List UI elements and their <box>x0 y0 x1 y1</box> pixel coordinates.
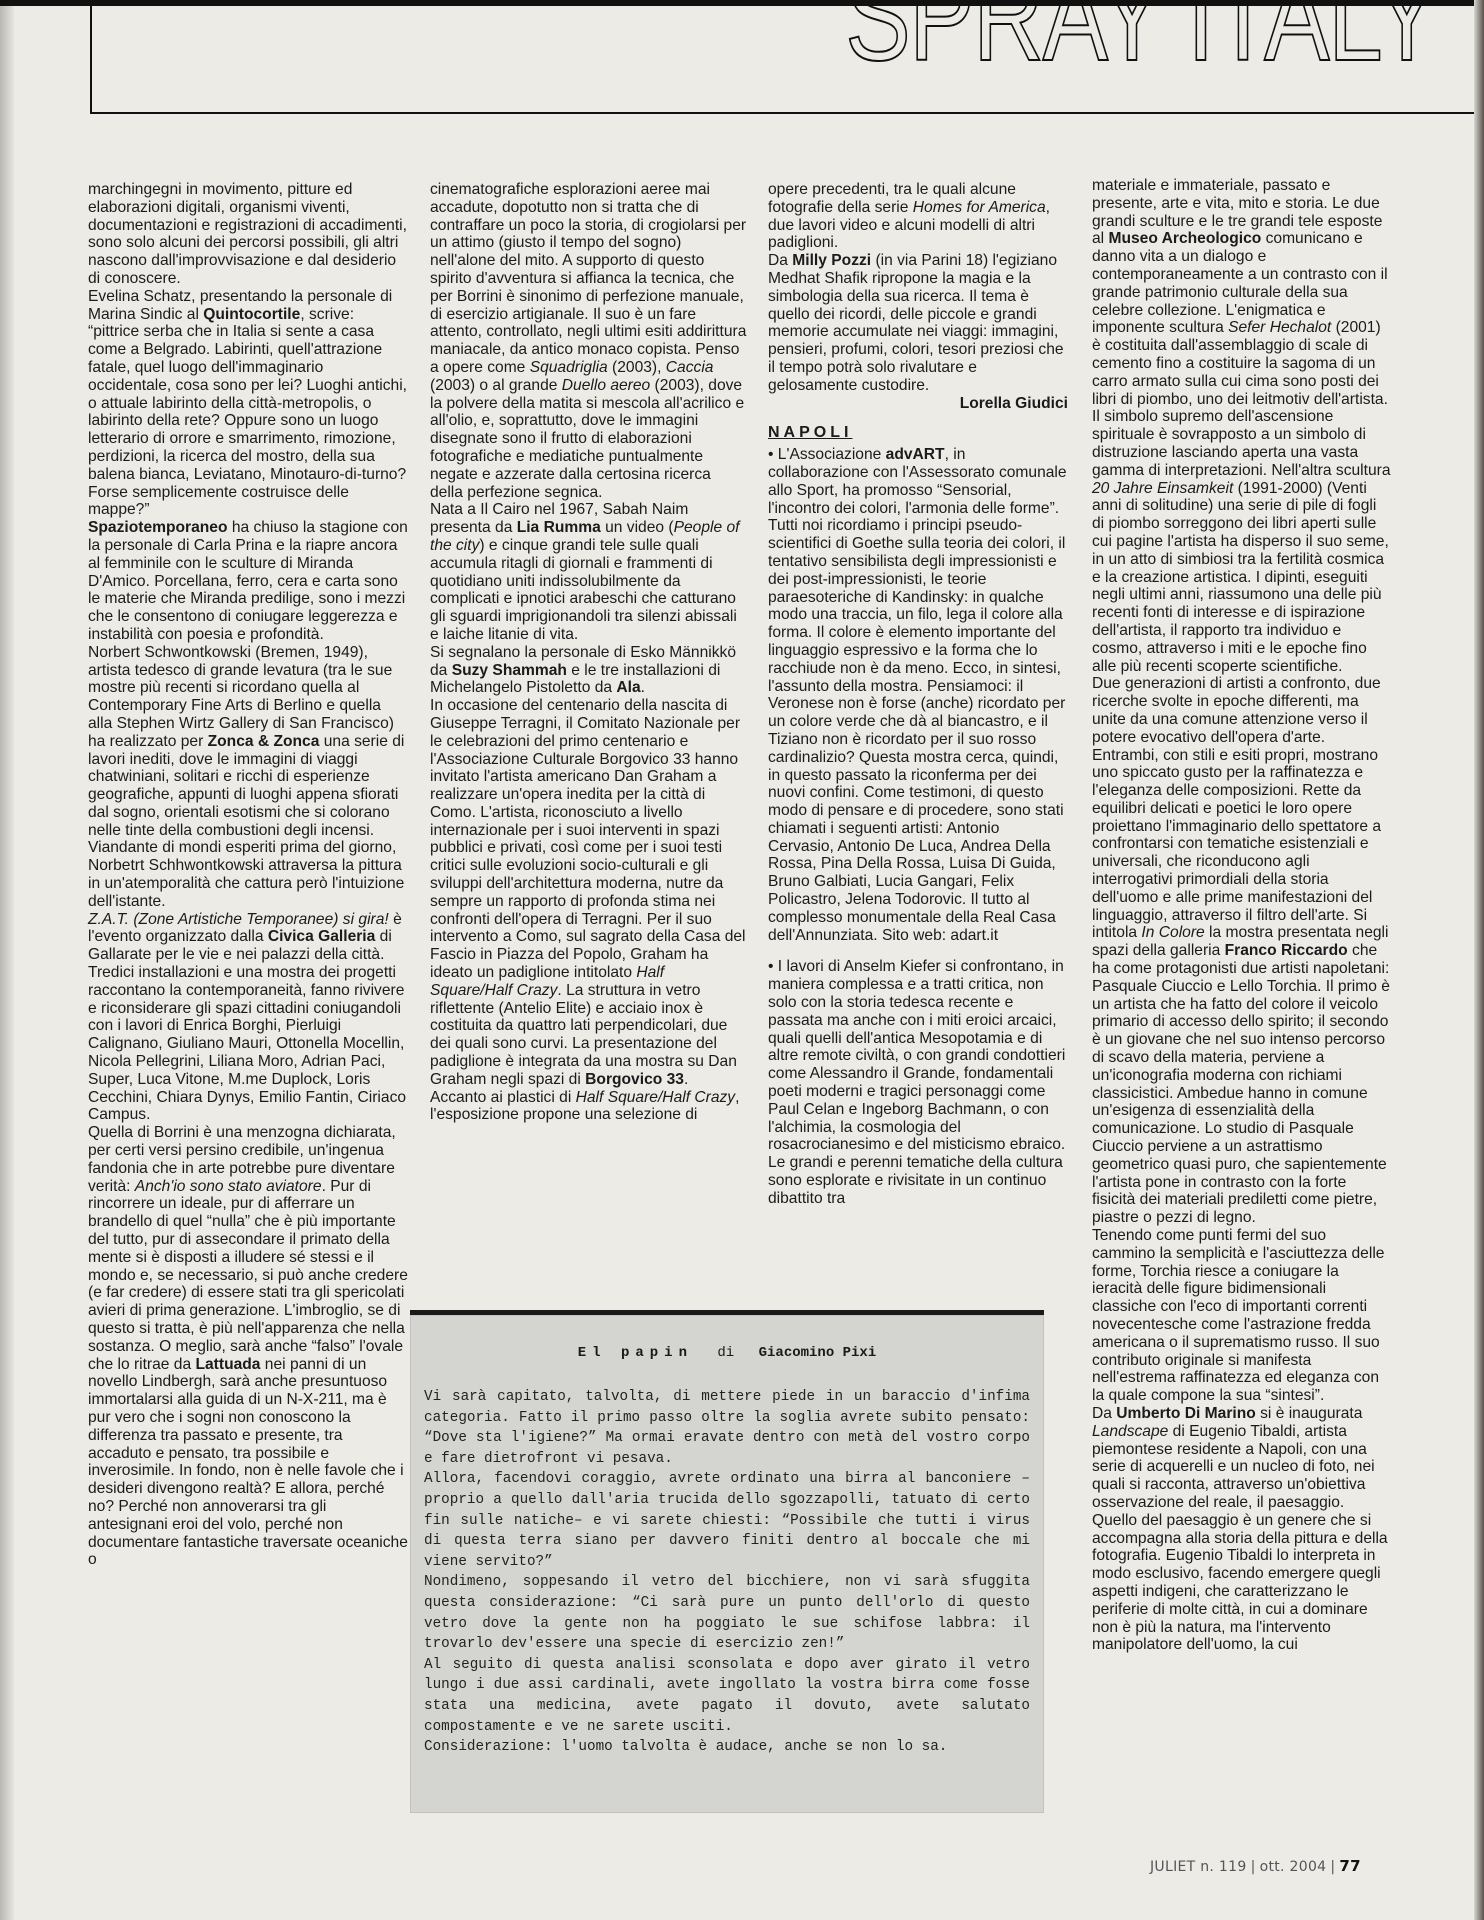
paragraph: Da Milly Pozzi (in via Parini 18) l'egiz… <box>768 252 1068 394</box>
paragraph: Spaziotemporaneo ha chiuso la stagione c… <box>88 519 408 644</box>
title-by: di <box>717 1345 734 1361</box>
author-signature: Lorella Giudici <box>768 395 1068 413</box>
header-frame: SPRAY ITALY <box>90 0 1482 114</box>
paragraph: In occasione del centenario della nascit… <box>430 697 748 1124</box>
section-heading-napoli: NAPOLI <box>768 424 1068 442</box>
issue-date: ott. 2004 <box>1260 1859 1327 1875</box>
paragraph: marchingegni in movimento, pitture ed el… <box>88 181 408 288</box>
page-binding-edge <box>0 0 14 1920</box>
paragraph: Nata a Il Cairo nel 1967, Sabah Naim pre… <box>430 501 748 643</box>
paragraph: Al seguito di questa analisi sconsolata … <box>424 1655 1030 1737</box>
article-column-3: opere precedenti, tra le quali alcune fo… <box>768 181 1068 1208</box>
paragraph: Z.A.T. (Zone Artistiche Temporanee) si g… <box>88 911 408 1125</box>
article-column-1: marchingegni in movimento, pitture ed el… <box>88 181 408 1569</box>
paragraph: Evelina Schatz, presentando la personale… <box>88 288 408 519</box>
column-author: Giacomino Pixi <box>759 1345 877 1361</box>
paragraph: Quella di Borrini è una menzogna dichiar… <box>88 1124 408 1569</box>
page-edge-shadow <box>1474 0 1484 1920</box>
sidebar-box-title: El papin di Giacomino Pixi <box>410 1345 1044 1361</box>
paragraph: Norbert Schwontkowski (Bremen, 1949), ar… <box>88 644 408 911</box>
paragraph: Considerazione: l'uomo talvolta è audace… <box>424 1737 1030 1758</box>
page-number: 77 <box>1339 1857 1360 1875</box>
paragraph: Si segnalano la personale di Esko Männik… <box>430 644 748 697</box>
paragraph: • L'Associazione advART, in collaborazio… <box>768 446 1068 944</box>
paragraph: Allora, facendovi coraggio, avrete ordin… <box>424 1469 1030 1572</box>
page-footer: JULIET n. 119|ott. 2004|77 <box>1150 1857 1361 1875</box>
sidebar-box-body: Vi sarà capitato, talvolta, di mettere p… <box>410 1387 1044 1758</box>
paragraph: Tenendo come punti fermi del suo cammino… <box>1092 1227 1392 1405</box>
article-column-2: cinematografiche esplorazioni aeree mai … <box>430 181 748 1124</box>
paragraph: materiale e immateriale, passato e prese… <box>1092 177 1392 675</box>
paragraph: • I lavori di Anselm Kiefer si confronta… <box>768 958 1068 1207</box>
paragraph: Nondimeno, soppesando il vetro del bicch… <box>424 1572 1030 1654</box>
sidebar-box-el-papin: El papin di Giacomino Pixi Vi sarà capit… <box>410 1310 1044 1813</box>
article-column-4: materiale e immateriale, passato e prese… <box>1092 177 1392 1654</box>
magazine-issue: JULIET n. 119 <box>1150 1859 1247 1875</box>
column3-bottom-text: • L'Associazione advART, in collaborazio… <box>768 446 1068 1207</box>
masthead-title: SPRAY ITALY <box>845 0 1438 80</box>
paragraph: Vi sarà capitato, talvolta, di mettere p… <box>424 1387 1030 1469</box>
column3-top-text: opere precedenti, tra le quali alcune fo… <box>768 181 1068 395</box>
paragraph: Da Umberto Di Marino si è inaugurata Lan… <box>1092 1405 1392 1654</box>
paragraph: cinematografiche esplorazioni aeree mai … <box>430 181 748 501</box>
column-name: El papin <box>578 1345 693 1361</box>
paragraph: opere precedenti, tra le quali alcune fo… <box>768 181 1068 252</box>
paragraph: Due generazioni di artisti a confronto, … <box>1092 675 1392 1227</box>
